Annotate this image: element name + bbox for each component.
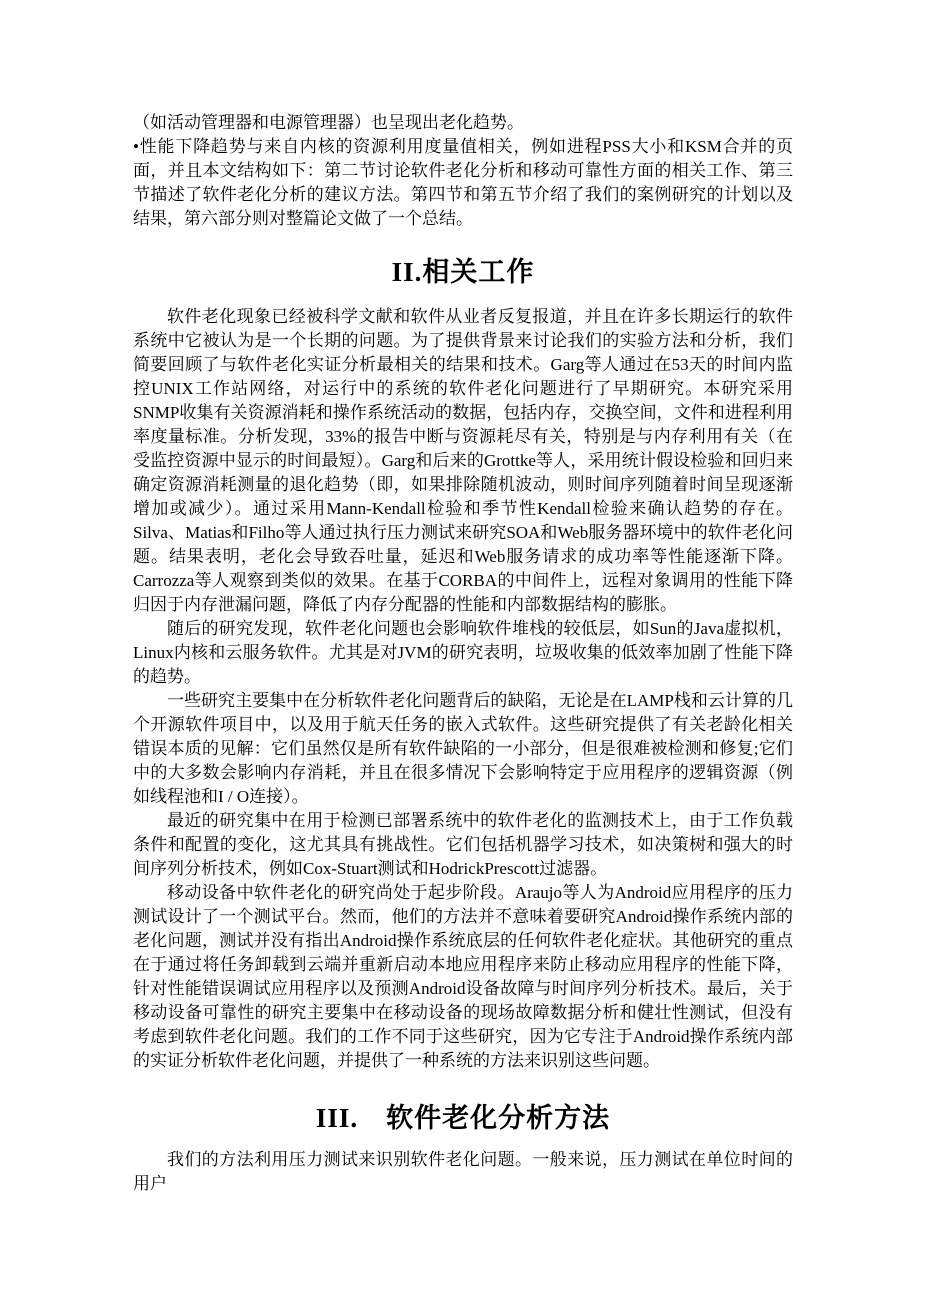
section-heading-aging-analysis-method: III. 软件老化分析方法 (133, 1100, 793, 1137)
related-work-paragraph-4: 最近的研究集中在用于检测已部署系统中的软件老化的监测技术上，由于工作负载条件和配… (133, 809, 793, 881)
aging-analysis-paragraph-1: 我们的方法利用压力测试来识别软件老化问题。一般来说，压力测试在单位时间的用户 (133, 1148, 793, 1196)
related-work-paragraph-5: 移动设备中软件老化的研究尚处于起步阶段。Araujo等人为Android应用程序… (133, 881, 793, 1073)
related-work-paragraph-2: 随后的研究发现，软件老化问题也会影响软件堆栈的较低层，如Sun的Java虚拟机，… (133, 617, 793, 689)
intro-bullet-item: •性能下降趋势与来自内核的资源利用度量值相关，例如进程PSS大小和KSM合并的页… (133, 135, 793, 231)
document-page: （如活动管理器和电源管理器）也呈现出老化趋势。 •性能下降趋势与来自内核的资源利… (0, 0, 926, 1309)
document-content: （如活动管理器和电源管理器）也呈现出老化趋势。 •性能下降趋势与来自内核的资源利… (133, 111, 793, 1196)
related-work-paragraph-3: 一些研究主要集中在分析软件老化问题背后的缺陷，无论是在LAMP栈和云计算的几个开… (133, 689, 793, 809)
related-work-paragraph-1: 软件老化现象已经被科学文献和软件从业者反复报道，并且在许多长期运行的软件系统中它… (133, 305, 793, 617)
section-heading-related-work: II.相关工作 (133, 254, 793, 291)
intro-continuation-text: （如活动管理器和电源管理器）也呈现出老化趋势。 (133, 111, 793, 135)
